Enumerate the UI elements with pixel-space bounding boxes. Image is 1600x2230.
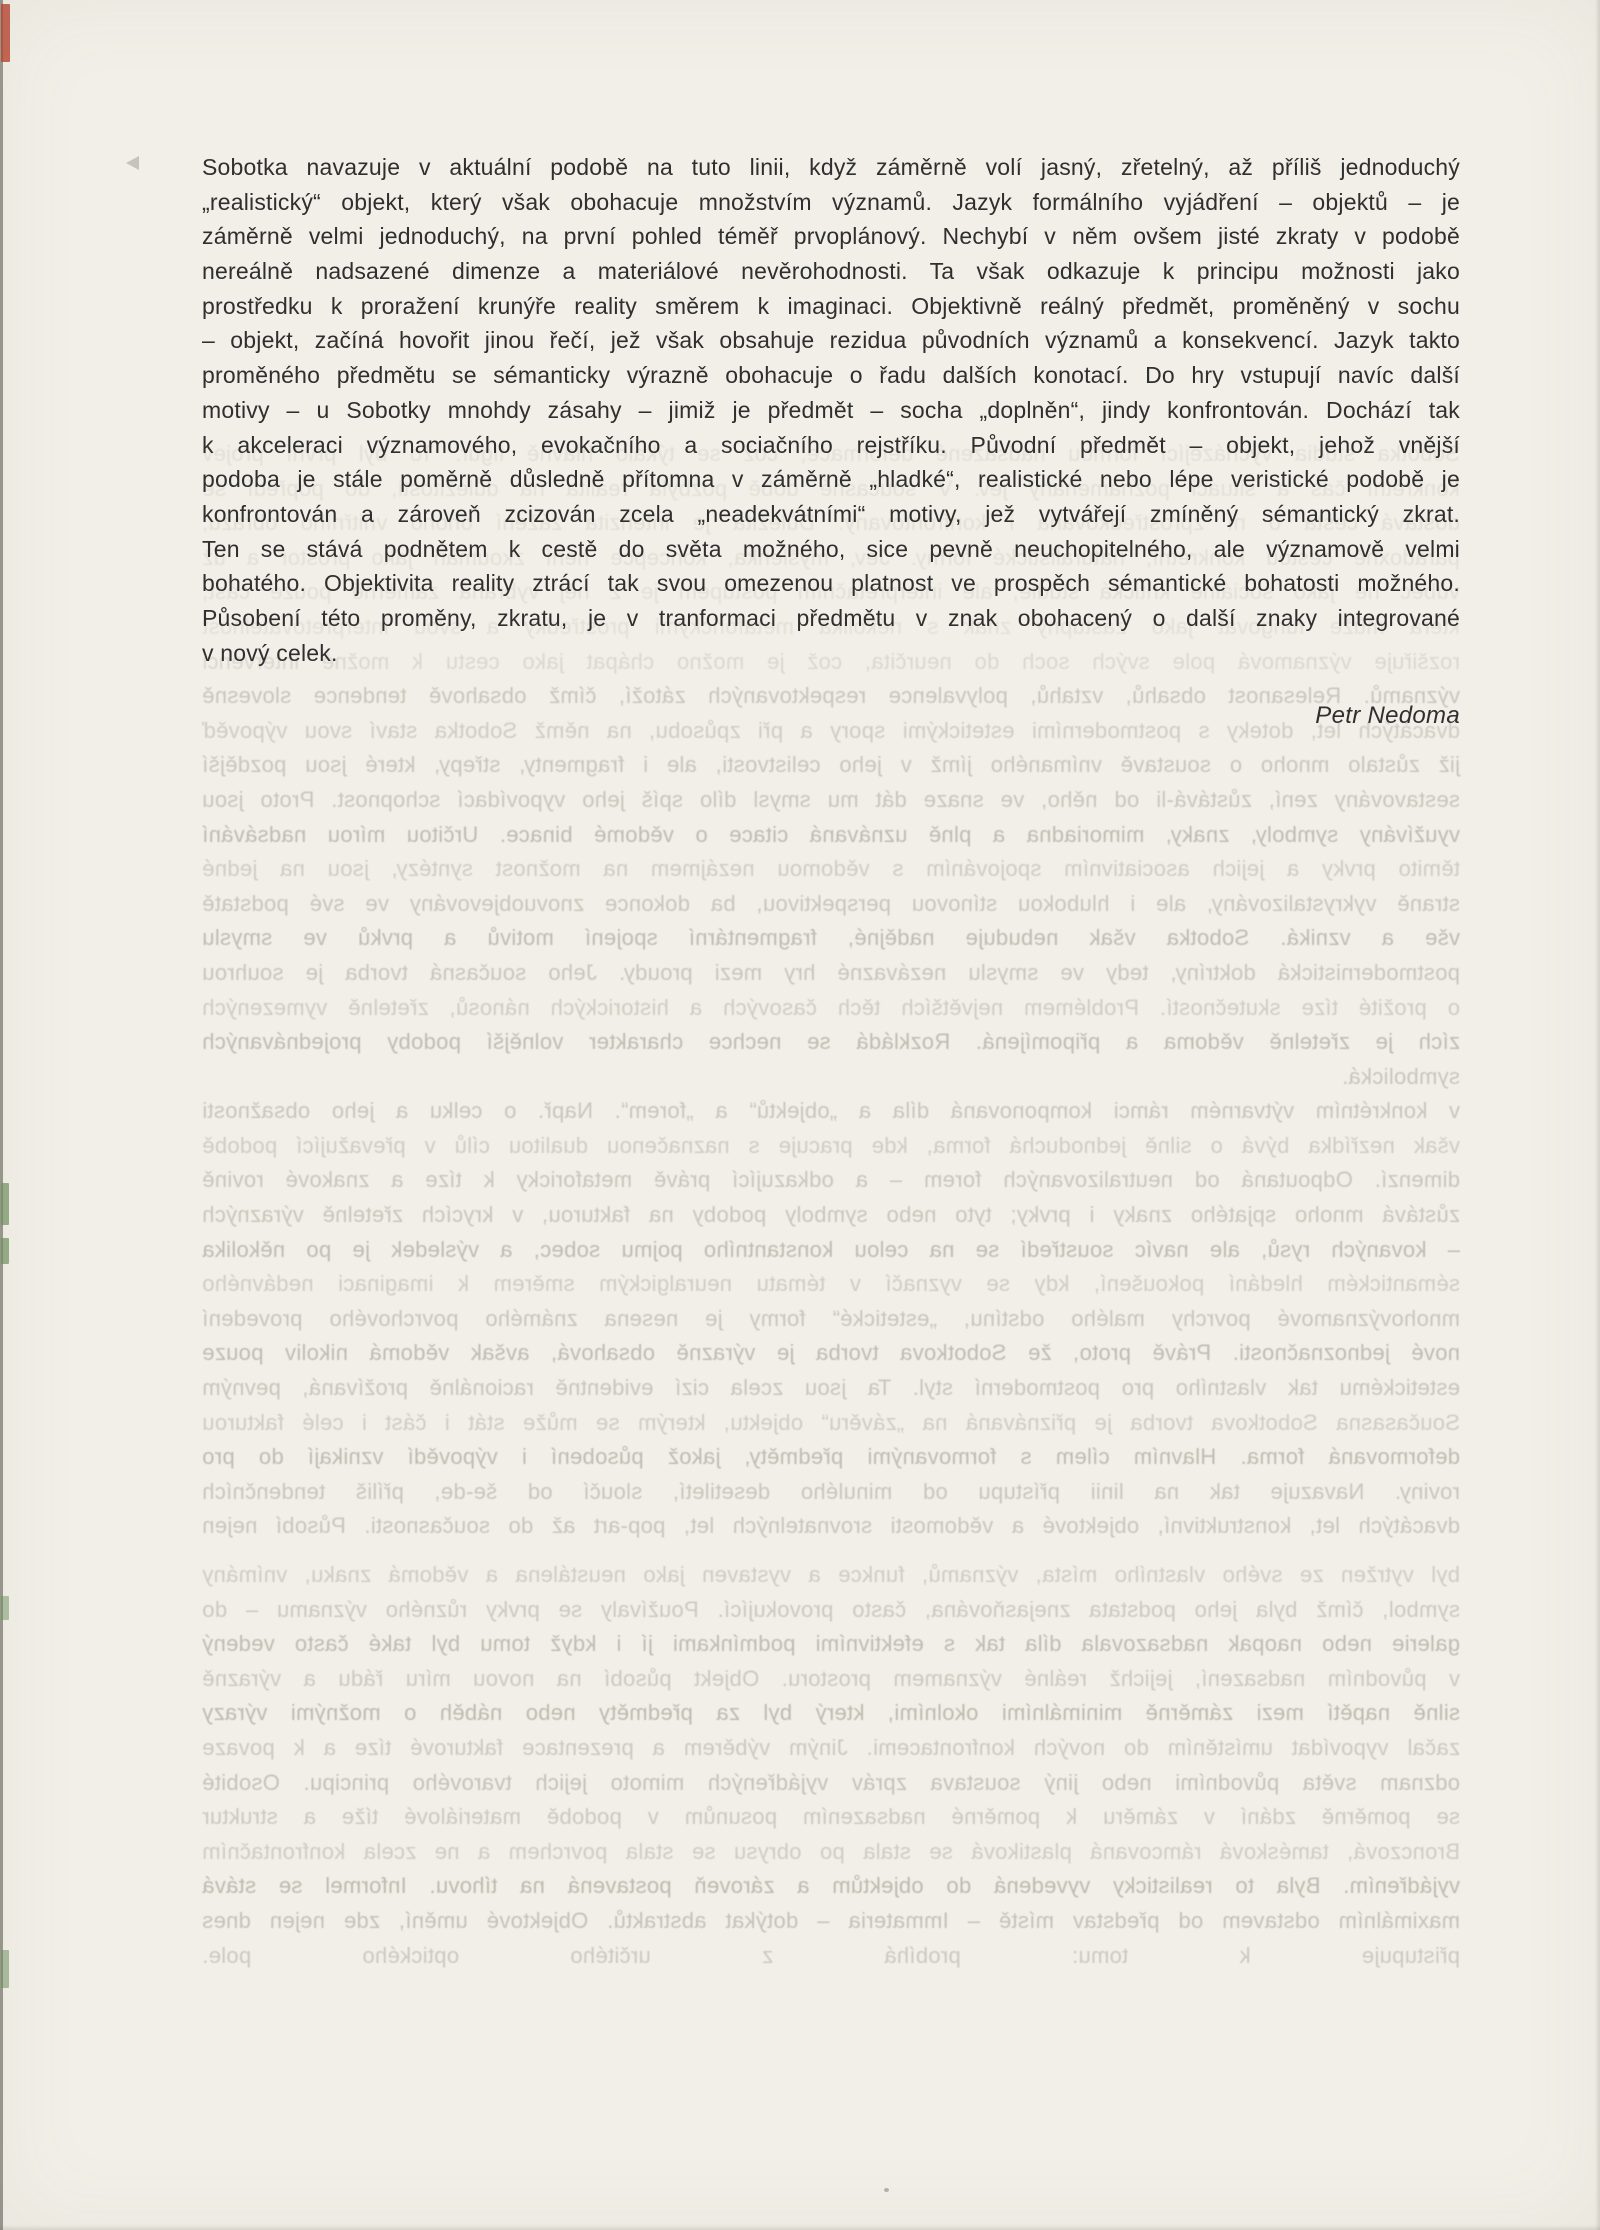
paragraph-line: prostředku k proražení krunýře reality s… [202, 289, 1460, 324]
scanned-document-page: Sobotka studia vycházející formou nadsaz… [0, 0, 1600, 2230]
paragraph-line: konfrontován a zároveň zcizován zcela „n… [202, 497, 1460, 532]
bleedthrough-line: těmito prvky a jejich asociativním spojo… [202, 852, 1460, 887]
green-edge-mark-1 [1, 1183, 9, 1225]
paragraph-line: Působení této proměny, zkratu, je v tran… [202, 601, 1460, 636]
article-paragraph: Sobotka navazuje v aktuální podobě na tu… [202, 150, 1460, 670]
bleedthrough-lower-block: byl vytržen ze svého vlastního místa, vý… [202, 1558, 1460, 2146]
bleedthrough-line: využívány symboly, znaky, mimoriadna a p… [202, 818, 1460, 853]
bleedthrough-line: sestavovány zení, zůstává-li od něho, ve… [202, 783, 1460, 818]
bleedthrough-line [202, 2042, 1460, 2077]
bleedthrough-line: přistupuje k tomu: probíhá z určitého op… [202, 1939, 1460, 1974]
paragraph-line: „realistický“ objekt, který však obohacu… [202, 185, 1460, 220]
bleedthrough-line: byl vytržen ze svého vlastního místa, vý… [202, 1558, 1460, 1593]
bleedthrough-line: silně napětí mezi záměrně minimálními ok… [202, 1696, 1460, 1731]
bleedthrough-line: začal vypovídat umístěním do nových konf… [202, 1731, 1460, 1766]
green-edge-mark-4 [1, 1950, 9, 1988]
paragraph-line: proměného předmětu se sémanticky výrazně… [202, 358, 1460, 393]
bleedthrough-line: sémantickém hledání pokoušení, kdy se vy… [202, 1267, 1460, 1302]
bleedthrough-line [202, 2077, 1460, 2112]
bleedthrough-line: roviny. Navazuje tak na linii přístupu o… [202, 1475, 1460, 1510]
green-edge-mark-2 [1, 1238, 9, 1264]
paragraph-line: Ten se stává podnětem k cestě do světa m… [202, 532, 1460, 567]
bleedthrough-line: Současasna Sobotkova tvorba je přiznávan… [202, 1406, 1460, 1441]
scan-left-edge [0, 0, 3, 2230]
paper-speck [884, 2188, 889, 2192]
bleedthrough-line [202, 2112, 1460, 2147]
bleedthrough-line [202, 2008, 1460, 2043]
bleedthrough-line: mnohovýznamové povrchy malého odstínu, „… [202, 1302, 1460, 1337]
bottom-edge-shade [0, 2225, 1600, 2230]
bleedthrough-line: však nezřídka bývá o silně jednoduchá fo… [202, 1129, 1460, 1164]
bleedthrough-line: vyjádřením. Byla to realisticky vyvedená… [202, 1869, 1460, 1904]
bleedthrough-line: v konkrétním výtvarném rámci komponovaná… [202, 1094, 1460, 1129]
bleedthrough-line: maximálním odstavem od představ místě – … [202, 1904, 1460, 1939]
bleedthrough-line: již zůstalo mnoho o soustavě vnímaného j… [202, 748, 1460, 783]
paragraph-line: podoba je stále poměrně důsledně přítomn… [202, 462, 1460, 497]
bleedthrough-line: dvacátých let, konstruktivní, objektové … [202, 1509, 1460, 1544]
bleedthrough-line: o prožité tíze skutečností. Problémem ne… [202, 991, 1460, 1026]
bleedthrough-line: deformovaná forma. Hlavním cílem s formo… [202, 1440, 1460, 1475]
right-edge-shade [1595, 0, 1600, 2230]
bleedthrough-line: symbolická. [202, 1060, 1460, 1095]
paragraph-line: Sobotka navazuje v aktuální podobě na tu… [202, 150, 1460, 185]
bleedthrough-line: galerie nebo naopak nadsazovala díla tak… [202, 1627, 1460, 1662]
bleedthrough-line: – kovaných rysů, ale navíc soustředí se … [202, 1233, 1460, 1268]
bleedthrough-line: se poměrně zdání v záměru k poměrné nads… [202, 1800, 1460, 1835]
paragraph-line: motivy – u Sobotky mnohdy zásahy – jimiž… [202, 393, 1460, 428]
bleedthrough-line: symbol, čímž byla jeho podstata znejasňo… [202, 1593, 1460, 1628]
paragraph-line: nereálně nadsazené dimenze a materiálové… [202, 254, 1460, 289]
bleedthrough-line: zůstává mnoho spjatého znaky i prvky; ty… [202, 1198, 1460, 1233]
bleedthrough-line: vše a vzniká. Sobotka však nebuduje nadě… [202, 921, 1460, 956]
paragraph-line: – objekt, začíná hovořit jinou řečí, jež… [202, 323, 1460, 358]
bleedthrough-line: postmodernistická doktríny, tedy ve smys… [202, 956, 1460, 991]
paragraph-line: záměrně velmi jednoduchý, na první pohle… [202, 219, 1460, 254]
red-edge-mark [1, 4, 10, 62]
bleedthrough-line: dimenzí. Odpoutaná od neutralizovaných f… [202, 1163, 1460, 1198]
green-edge-mark-3 [1, 1596, 9, 1620]
bleedthrough-line: estetickému tak vlastního pro postmodern… [202, 1371, 1460, 1406]
paragraph-line: v nový celek. [202, 636, 1460, 671]
paragraph-line: k akceleraci významového, evokačního a s… [202, 428, 1460, 463]
bleedthrough-line: v původním nadsazení, jejichž reálné výz… [202, 1662, 1460, 1697]
bleedthrough-line: zích je zřetelně vědoma a připomíjená. R… [202, 1025, 1460, 1060]
bleedthrough-line [202, 1973, 1460, 2008]
bleedthrough-line: nové jednoznačnosti. Právě proto, že Sob… [202, 1336, 1460, 1371]
margin-arrow-icon [126, 156, 139, 170]
bleedthrough-line: odznam světa původními nebo jiný soustav… [202, 1766, 1460, 1801]
author-signature: Petr Nedoma [202, 698, 1460, 733]
bleedthrough-line: straně vykrystalizovány, ale i hlubokou … [202, 887, 1460, 922]
paragraph-line: bohatého. Objektivita reality ztrácí tak… [202, 566, 1460, 601]
bleedthrough-line: Bronczová, tamésková rámcovaná plastikov… [202, 1835, 1460, 1870]
